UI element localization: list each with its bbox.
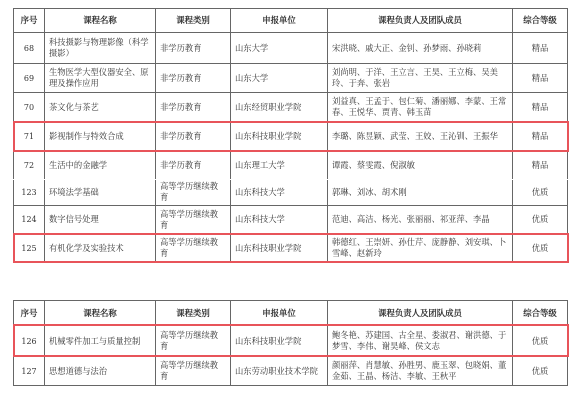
cell-course-type: 非学历教育 [156, 152, 231, 179]
cell-team: 颜丽萍、肖慧敏、孙胜男、鹿玉翠、包晓娟、董金茹、王晶、杨洁、李敏、王秋平 [328, 357, 513, 386]
course-table-1: 序号 课程名称 课程类别 申报单位 课程负责人及团队成员 综合等级 68 科技摄… [13, 8, 568, 179]
table-row: 72 生活中的金融学 非学历教育 山东理工大学 谭霞、蔡雯霞、倪淑敏 精品 [14, 152, 568, 179]
header-course-type: 课程类别 [156, 301, 231, 326]
header-course-type: 课程类别 [156, 9, 231, 33]
cell-unit: 山东科技职业学院 [231, 122, 328, 152]
table-row: 127 思想道德与法治 高等学历继续教育 山东劳动职业技术学院 颜丽萍、肖慧敏、… [14, 357, 568, 386]
cell-course-name: 思想道德与法治 [45, 357, 156, 386]
table-row: 69 生物医学大型仪器安全、原理及操作应用 非学历教育 山东大学 刘尚明、于洋、… [14, 64, 568, 93]
cell-course-type: 非学历教育 [156, 33, 231, 64]
cell-team: 李璐、陈昱颖、武莹、王姣、王沁钏、王振华 [328, 122, 513, 152]
cell-no: 124 [14, 205, 45, 234]
cell-course-type: 高等学历继续教育 [156, 234, 231, 262]
cell-course-type: 高等学历继续教育 [156, 357, 231, 386]
table-row-highlighted: 125 有机化学及实验技术 高等学历继续教育 山东科技职业学院 韩德红、王崇妍、… [14, 234, 568, 262]
table-header-row: 序号 课程名称 课程类别 申报单位 课程负责人及团队成员 综合等级 [14, 301, 568, 326]
cell-unit: 山东科技大学 [231, 180, 328, 205]
cell-course-name: 茶文化与茶艺 [45, 93, 156, 122]
header-unit: 申报单位 [231, 9, 328, 33]
cell-grade: 优质 [513, 180, 568, 205]
cell-no: 68 [14, 33, 45, 64]
cell-course-type: 高等学历继续教育 [156, 205, 231, 234]
course-table-2: 123 环境法学基础 高等学历继续教育 山东科技大学 郭琳、刘冰、胡术刚 优质 … [13, 180, 568, 263]
cell-grade: 优质 [513, 326, 568, 357]
table-row: 68 科技摄影与物理影像（科学摄影） 非学历教育 山东大学 宋洪晓、戚大正、金钊… [14, 33, 568, 64]
cell-team: 范迪、高洁、杨光、张丽丽、祁亚萍、李晶 [328, 205, 513, 234]
cell-course-name: 有机化学及实验技术 [45, 234, 156, 262]
header-team: 课程负责人及团队成员 [328, 9, 513, 33]
cell-unit: 山东科技大学 [231, 205, 328, 234]
table-row: 70 茶文化与茶艺 非学历教育 山东经贸职业学院 刘益真、王孟于、包仁菊、潘丽娜… [14, 93, 568, 122]
cell-grade: 精品 [513, 152, 568, 179]
header-grade: 综合等级 [513, 9, 568, 33]
cell-unit: 山东经贸职业学院 [231, 93, 328, 122]
cell-unit: 山东大学 [231, 64, 328, 93]
cell-no: 70 [14, 93, 45, 122]
table-row-highlighted: 126 机械零件加工与质量控制 高等学历继续教育 山东科技职业学院 鲍冬艳、苏建… [14, 326, 568, 357]
cell-course-type: 非学历教育 [156, 64, 231, 93]
cell-no: 126 [14, 326, 45, 357]
header-course-name: 课程名称 [45, 9, 156, 33]
header-no: 序号 [14, 9, 45, 33]
cell-course-type: 非学历教育 [156, 122, 231, 152]
cell-course-name: 数字信号处理 [45, 205, 156, 234]
cell-grade: 优质 [513, 357, 568, 386]
cell-no: 72 [14, 152, 45, 179]
cell-unit: 山东科技职业学院 [231, 234, 328, 262]
header-team: 课程负责人及团队成员 [328, 301, 513, 326]
cell-grade: 精品 [513, 64, 568, 93]
cell-course-name: 环境法学基础 [45, 180, 156, 205]
cell-course-name: 生物医学大型仪器安全、原理及操作应用 [45, 64, 156, 93]
cell-team: 刘尚明、于洋、王立言、王昊、王立梅、吴美玲、于奔、张岩 [328, 64, 513, 93]
cell-unit: 山东理工大学 [231, 152, 328, 179]
cell-no: 127 [14, 357, 45, 386]
table-row-highlighted: 71 影视制作与特效合成 非学历教育 山东科技职业学院 李璐、陈昱颖、武莹、王姣… [14, 122, 568, 152]
cell-no: 125 [14, 234, 45, 262]
cell-team: 郭琳、刘冰、胡术刚 [328, 180, 513, 205]
cell-course-type: 高等学历继续教育 [156, 326, 231, 357]
header-unit: 申报单位 [231, 301, 328, 326]
cell-team: 刘益真、王孟于、包仁菊、潘丽娜、李蒙、王常春、王悦华、贾青、韩玉苗 [328, 93, 513, 122]
cell-unit: 山东科技职业学院 [231, 326, 328, 357]
cell-grade: 优质 [513, 234, 568, 262]
header-no: 序号 [14, 301, 45, 326]
cell-team: 韩德红、王崇妍、孙仕芹、庞静静、刘安琪、卜雪峰、赵新玲 [328, 234, 513, 262]
cell-team: 谭霞、蔡雯霞、倪淑敏 [328, 152, 513, 179]
cell-course-name: 科技摄影与物理影像（科学摄影） [45, 33, 156, 64]
cell-unit: 山东大学 [231, 33, 328, 64]
header-grade: 综合等级 [513, 301, 568, 326]
cell-team: 宋洪晓、戚大正、金钊、孙梦雨、孙晓莉 [328, 33, 513, 64]
cell-course-type: 高等学历继续教育 [156, 180, 231, 205]
cell-no: 123 [14, 180, 45, 205]
cell-no: 71 [14, 122, 45, 152]
cell-grade: 精品 [513, 122, 568, 152]
cell-course-name: 影视制作与特效合成 [45, 122, 156, 152]
cell-unit: 山东劳动职业技术学院 [231, 357, 328, 386]
cell-course-type: 非学历教育 [156, 93, 231, 122]
cell-grade: 优质 [513, 205, 568, 234]
cell-grade: 精品 [513, 33, 568, 64]
cell-course-name: 机械零件加工与质量控制 [45, 326, 156, 357]
cell-grade: 精品 [513, 93, 568, 122]
cell-team: 鲍冬艳、苏建国、古全星、娄淑君、谢洪德、于梦雪、李伟、谢昊峰、侯文志 [328, 326, 513, 357]
cell-no: 69 [14, 64, 45, 93]
course-table-3: 序号 课程名称 课程类别 申报单位 课程负责人及团队成员 综合等级 126 机械… [13, 300, 568, 386]
table-row: 123 环境法学基础 高等学历继续教育 山东科技大学 郭琳、刘冰、胡术刚 优质 [14, 180, 568, 205]
cell-course-name: 生活中的金融学 [45, 152, 156, 179]
table-header-row: 序号 课程名称 课程类别 申报单位 课程负责人及团队成员 综合等级 [14, 9, 568, 33]
header-course-name: 课程名称 [45, 301, 156, 326]
table-row: 124 数字信号处理 高等学历继续教育 山东科技大学 范迪、高洁、杨光、张丽丽、… [14, 205, 568, 234]
